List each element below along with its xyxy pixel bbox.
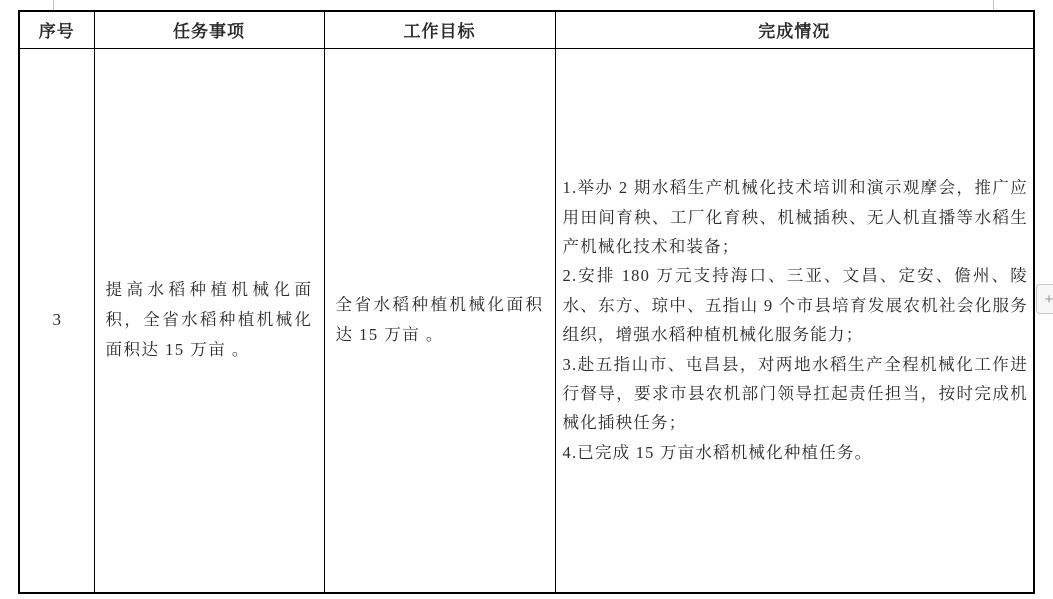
task-progress-table: 序号 任务事项 工作目标 完成情况 3 提高水稻种植机械化面积，全省水稻种植机械… <box>18 10 1035 594</box>
table-header-row: 序号 任务事项 工作目标 完成情况 <box>19 11 1034 48</box>
completion-item: 4.已完成 15 万亩水稻机械化种植任务。 <box>563 438 1029 467</box>
cell-work-goal: 全省水稻种植机械化面积达 15 万亩 。 <box>324 48 555 593</box>
document-page: { "table": { "headers": ["序号", "任务事项", "… <box>0 0 1053 599</box>
cell-serial-number: 3 <box>19 48 94 593</box>
column-header-goal: 工作目标 <box>324 11 555 48</box>
column-header-completion: 完成情况 <box>555 11 1034 48</box>
add-column-button[interactable]: + <box>1036 284 1053 314</box>
cell-completion-status: 1.举办 2 期水稻生产机械化技术培训和演示观摩会，推广应用田间育秧、工厂化育秧… <box>555 48 1034 593</box>
completion-item: 3.赴五指山市、屯昌县，对两地水稻生产全程机械化工作进行督导，要求市县农机部门领… <box>563 350 1029 438</box>
completion-item: 1.举办 2 期水稻生产机械化技术培训和演示观摩会，推广应用田间育秧、工厂化育秧… <box>563 173 1029 261</box>
cell-task-item: 提高水稻种植机械化面积，全省水稻种植机械化面积达 15 万亩 。 <box>94 48 324 593</box>
column-header-task: 任务事项 <box>94 11 324 48</box>
table-row: 3 提高水稻种植机械化面积，全省水稻种植机械化面积达 15 万亩 。 全省水稻种… <box>19 48 1034 593</box>
completion-item: 2.安排 180 万元支持海口、三亚、文昌、定安、儋州、陵水、东方、琼中、五指山… <box>563 261 1029 349</box>
column-header-serial: 序号 <box>19 11 94 48</box>
